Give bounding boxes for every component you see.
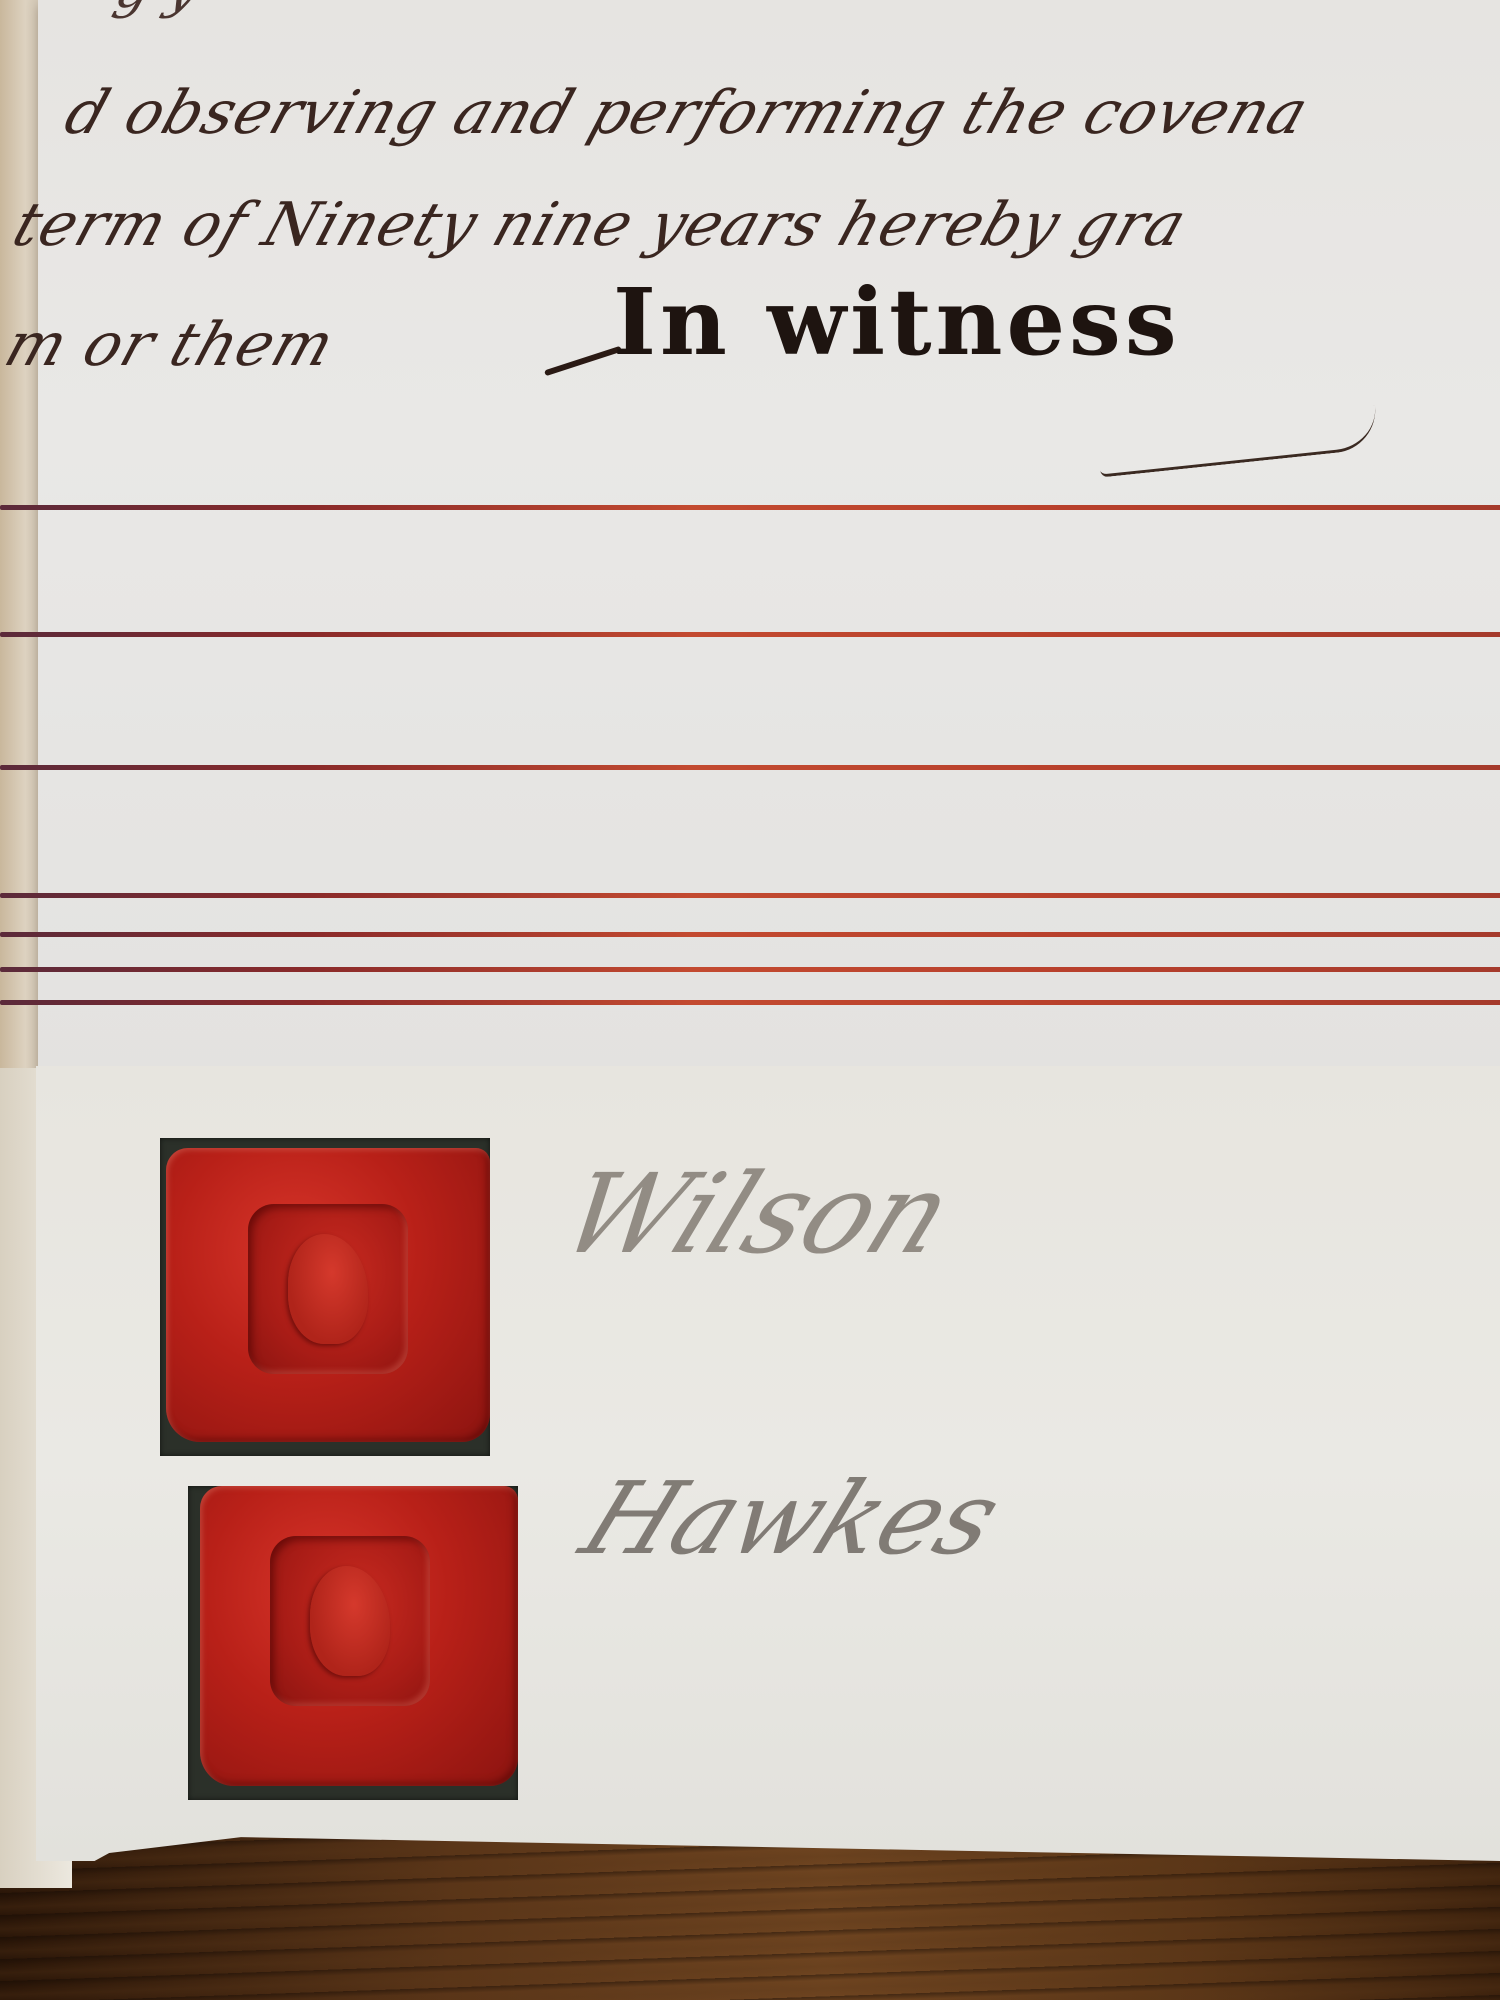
in-witness-heading: In witness bbox=[613, 268, 1181, 376]
ruled-line-5 bbox=[0, 932, 1500, 937]
seal-2-impression bbox=[270, 1536, 430, 1706]
flourish-dash bbox=[544, 346, 622, 376]
ruled-line-4 bbox=[0, 893, 1500, 898]
handwritten-line-4: m or them bbox=[0, 310, 343, 380]
seal-1-backing bbox=[160, 1138, 490, 1456]
seal-2-backing bbox=[188, 1486, 518, 1800]
ruled-line-1 bbox=[0, 505, 1500, 510]
flourish-swash bbox=[1097, 405, 1380, 477]
wax-seal-1 bbox=[166, 1148, 490, 1442]
seal-1-impression bbox=[248, 1204, 408, 1374]
document-upper-sheet: g y d observing and performing the coven… bbox=[38, 0, 1500, 1088]
ruled-line-2 bbox=[0, 632, 1500, 637]
ruled-line-6 bbox=[0, 967, 1500, 972]
handwritten-line-2: d observing and performing the covena bbox=[57, 78, 1318, 148]
wax-seal-2 bbox=[200, 1486, 518, 1786]
handwritten-line-3: term of Ninety nine years hereby gra bbox=[5, 190, 1196, 260]
portrait-bust-icon bbox=[288, 1234, 368, 1344]
handwritten-line-1: g y bbox=[108, 0, 210, 20]
signature-hawkes: Hawkes bbox=[566, 1460, 1017, 1577]
portrait-bust-icon bbox=[310, 1566, 390, 1676]
ruled-line-3 bbox=[0, 765, 1500, 770]
ruled-line-7 bbox=[0, 1000, 1500, 1005]
signature-wilson: Wilson bbox=[544, 1150, 971, 1278]
